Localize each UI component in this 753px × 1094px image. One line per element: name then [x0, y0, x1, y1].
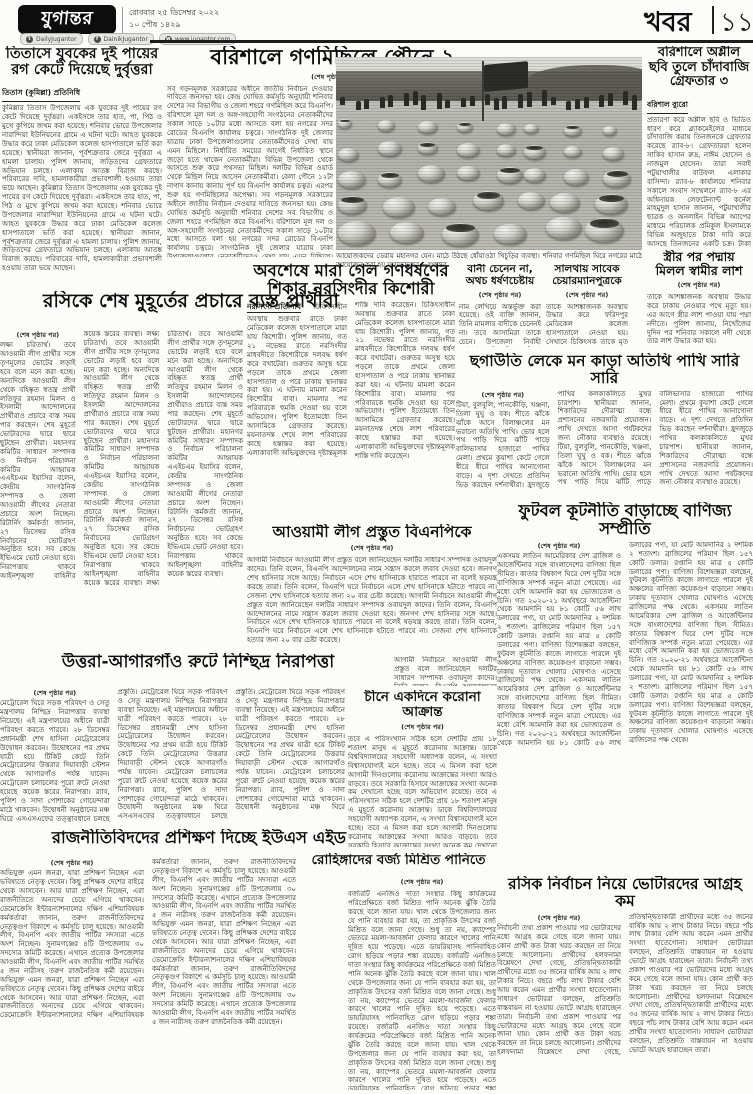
body-metro: (শেষ পৃষ্ঠার পর) মেট্রোরেল ঘিরে সড়ক পরি… [0, 688, 345, 826]
body-awami: আগামী নির্বাচনে আওয়ামী লীগ প্রস্তুত বলে… [247, 556, 497, 648]
article-awami: আওয়ামী লীগ প্রস্তুত বিএনপিকে (শেষ পৃষ্ঠ… [247, 524, 497, 652]
continued-saltha: (শেষ পৃষ্ঠার পর) [546, 290, 628, 301]
continued-china: (শেষ পৃষ্ঠার পর) [348, 722, 497, 733]
body-pakhi: (শেষ পৃষ্ঠার পর) টিয়া, বুলবুলি, পানকৌড়… [456, 390, 753, 498]
body-text-roshik-vote: নির্বাচনী তথ্য প্রকাশ পাওয়ার পর ভোটারদে… [497, 913, 753, 1057]
body-rohingya: বর্জ্যরটি এনজিও দাতা সংস্থার কিছু কার্যক… [348, 890, 496, 1090]
headline-block-metro: উত্তরা-আগারগাঁও রুটে নিশ্ছিদ্র নিরাপত্তা [4, 653, 392, 685]
headline-metro: উত্তরা-আগারগাঁও রুটে নিশ্ছিদ্র নিরাপত্তা [4, 653, 392, 672]
article-pakhi: ছগাউতি লেকে মন কাড়া অতিথি পাখি সারি সার… [456, 353, 753, 502]
date-line-gregorian: রোববার ২৫ ডিসেম্বর ২০২২ [129, 7, 219, 19]
body-roshik-prochar: (শেষ পৃষ্ঠার পর) লক্ষ্য চরিতার্থ। তবে আও… [0, 330, 243, 652]
headline-china: চীনে একদিনে করোনা আক্রান্ত [348, 690, 497, 720]
headline-oshlil: বরিশালে অশ্লীল ছবি তুলে চাঁদাবাজি গ্রেফত… [647, 46, 751, 90]
article-rohingya: (শেষ পৃষ্ঠার পর) বর্জ্যরটি এনজিও দাতা সং… [348, 876, 496, 1092]
article-saltha: সালথায় সাবেক চেয়ারম্যানপুত্রকে (শেষ পৃ… [546, 264, 628, 353]
headline-roshik-prochar: রসিকে শেষ মুহূর্তের প্রচারে ব্যস্ত প্রার… [0, 291, 382, 312]
date-block: রোববার ২৫ ডিসেম্বর ২০২২ ১০ পৌষ ১৪২৯ [129, 7, 219, 30]
logo-text: যুগান্তর [40, 4, 95, 35]
headline-pakhi: ছগাউতি লেকে মন কাড়া অতিথি পাখি সারি সার… [456, 353, 753, 388]
article-awami-tail: আগামী নির্বাচনে আওয়ামী লীগ প্রস্তুত বলে… [394, 656, 497, 686]
date-line-bangla: ১০ পৌষ ১৪২৯ [129, 19, 219, 31]
continued-bani: (শেষ পৃষ্ঠার পর) [459, 290, 541, 301]
body-roshik-vote: (শেষ পৃষ্ঠার পর) নির্বাচনী তথ্য প্রকাশ প… [497, 913, 753, 1085]
continued-roshik-vote: (শেষ পৃষ্ঠার পর) [497, 914, 621, 922]
facebook-handle: DainikJugantor [104, 36, 148, 43]
body-football: (শেষ পৃষ্ঠার পর) একসময় লাতিন আমেরিকার দ… [497, 541, 753, 847]
body-text-pakhi: টিয়া, বুলবুলি, পানকৌড়ি, খঞ্জনা, তিলা ঘ… [456, 390, 753, 489]
twitter-icon: t [26, 36, 33, 43]
continued-usaid: (শেষ পৃষ্ঠার পর) [0, 859, 144, 867]
newspaper-page: যুগান্তর রোববার ২৫ ডিসেম্বর ২০২২ ১০ পৌষ … [0, 0, 753, 1094]
body-bani: নাম লেখিয়ে অন্তর্ভুক্ত করা হয়েছে। ওই ব… [459, 303, 541, 347]
headline-block-roshik-prochar: রসিকে শেষ মুহূর্তের প্রচারে ব্যস্ত প্রার… [0, 291, 382, 329]
jugantor-logo[interactable]: যুগান্তর [18, 5, 116, 34]
news-photo [336, 57, 642, 250]
body-podda: তাকে আশঙ্কাজনক অবস্থায় উদ্ধার করে ঢাকায… [647, 293, 751, 347]
continued-metro: (শেষ পৃষ্ঠার পর) [0, 689, 110, 697]
header-divider [122, 7, 123, 33]
article-titash: তিতাসে যুবকের দুই পায়ের রগ কেটে দিয়েছে… [2, 46, 162, 292]
body-saltha: তাকে আশঙ্কাজনক অবস্থায় উদ্ধার করে ফরিদপ… [546, 303, 628, 347]
headline-block-rohingya: রোহিঙ্গাদের বর্জ্য মিশ্রিত পানিতে [300, 853, 497, 875]
header-rule [150, 40, 753, 43]
headline-usaid: রাজনীতিবিদদের প্রশিক্ষণ দিচ্ছে ইউএস এইড [8, 829, 390, 847]
continued-pakhi: (শেষ পৃষ্ঠার পর) [456, 391, 550, 399]
body-awami-tail: আগামী নির্বাচনে আওয়ামী লীগ প্রস্তুত বলে… [394, 656, 497, 686]
social-row: t DailyJugantor f DainikJugantor w www.j… [20, 33, 236, 45]
headline-rohingya: রোহিঙ্গাদের বর্জ্য মিশ্রিত পানিতে [300, 853, 497, 868]
body-text-roshik-prochar: লক্ষ্য চরিতার্থ। তবে আওয়ামী লীগ প্রার্থ… [0, 330, 243, 587]
social-badge-twitter[interactable]: t DailyJugantor [20, 33, 83, 45]
page-number-divider [712, 6, 714, 34]
body-oshlil: প্রতারণা করে অশ্লীল ছবি ও ভিডিও ধারণ করে… [647, 116, 751, 248]
byline-oshlil: বরিশাল ব্যুরো [647, 100, 688, 114]
headline-podda: স্ত্রীর পর পদ্মায় মিলল স্বামীর লাশ [647, 250, 751, 278]
article-usaid: (শেষ পৃষ্ঠার পর) অভিযুক্ত এমন জনরা, যারা… [0, 858, 296, 1092]
article-china: চীনে একদিনে করোনা আক্রান্ত (শেষ পৃষ্ঠার … [348, 690, 497, 850]
body-text-football: একসময় লাতিন আমেরিকার দেশ ব্রাজিল ও আর্জ… [497, 541, 753, 747]
article-roshik-prochar: (শেষ পৃষ্ঠার পর) লক্ষ্য চরিতার্থ। তবে আও… [0, 330, 243, 652]
social-badge-facebook[interactable]: f DainikJugantor [88, 33, 154, 45]
body-titash: কুমিল্লার তিতাস উপজেলায় এক যুবকের দুই প… [2, 104, 162, 272]
social-badge-website[interactable]: w www.jugantor.com [159, 33, 237, 45]
headline-awami: আওয়ামী লীগ প্রস্তুত বিএনপিকে [247, 524, 497, 541]
headline-bani: বানী চেনেন না, অথচ ধর্ষণচেষ্টায় [459, 264, 541, 288]
headline-titash: তিতাসে যুবকের দুই পায়ের রগ কেটে দিয়েছে… [2, 46, 162, 78]
article-oshlil: বরিশালে অশ্লীল ছবি তুলে চাঁদাবাজি গ্রেফত… [647, 46, 751, 248]
body-gonomichhil: সব গড়নমূলক সরকারের অধীনে জাতীয় নির্বাচ… [167, 85, 333, 257]
article-bani: বানী চেনেন না, অথচ ধর্ষণচেষ্টায় (শেষ পৃ… [459, 264, 541, 353]
body-usaid: (শেষ পৃষ্ঠার পর) অভিযুক্ত এমন জনরা, যারা… [0, 858, 296, 1092]
continued-rohingya: (শেষ পৃষ্ঠার পর) [348, 877, 496, 888]
article-podda: স্ত্রীর পর পদ্মায় মিলল স্বামীর লাশ (শেষ… [647, 250, 751, 353]
headline-saltha: সালথায় সাবেক চেয়ারম্যানপুত্রকে [546, 264, 628, 288]
byline-titash: তিতাস (কুমিল্লা) প্রতিনিধি [2, 88, 80, 102]
body-text-usaid: অভিযুক্ত এমন জনরা, যারা প্রশিক্ষণ নিচ্ছে… [0, 858, 296, 1026]
continued-football: (শেষ পৃষ্ঠার পর) [497, 542, 621, 550]
headline-roshik-vote: রসিক নির্বাচন নিয়ে ভোটারদের আগ্রহ কম [497, 876, 753, 911]
body-norshingdi: নরসিংদী প্রতিনিধি চিকিৎসাধীন অবস্থায় শু… [247, 301, 455, 513]
article-football: ফুটবল কূটনীতি বাড়াচ্ছে বাণিজ্য সম্প্রীত… [497, 502, 753, 852]
masthead: যুগান্তর রোববার ২৫ ডিসেম্বর ২০২২ ১০ পৌষ … [0, 0, 753, 44]
headline-football: ফুটবল কূটনীতি বাড়াচ্ছে বাণিজ্য সম্প্রীত… [497, 502, 753, 539]
photo-grain-overlay [336, 57, 642, 250]
continued-podda: (শেষ পৃষ্ঠার পর) [647, 280, 751, 291]
continued-roshik-prochar: (শেষ পৃষ্ঠার পর) [0, 331, 76, 339]
article-roshik-vote: রসিক নির্বাচন নিয়ে ভোটারদের আগ্রহ কম (শ… [497, 876, 753, 1092]
body-text-metro: মেট্রোরেল ঘিরে সড়ক পরিবহণ ও সেতু মন্ত্র… [0, 688, 345, 823]
continued-awami: (শেষ পৃষ্ঠার পর) [247, 543, 497, 554]
twitter-handle: DailyJugantor [36, 36, 77, 43]
facebook-icon: f [94, 36, 101, 43]
article-metro: (শেষ পৃষ্ঠার পর) মেট্রোরেল ঘিরে সড়ক পরি… [0, 688, 345, 826]
